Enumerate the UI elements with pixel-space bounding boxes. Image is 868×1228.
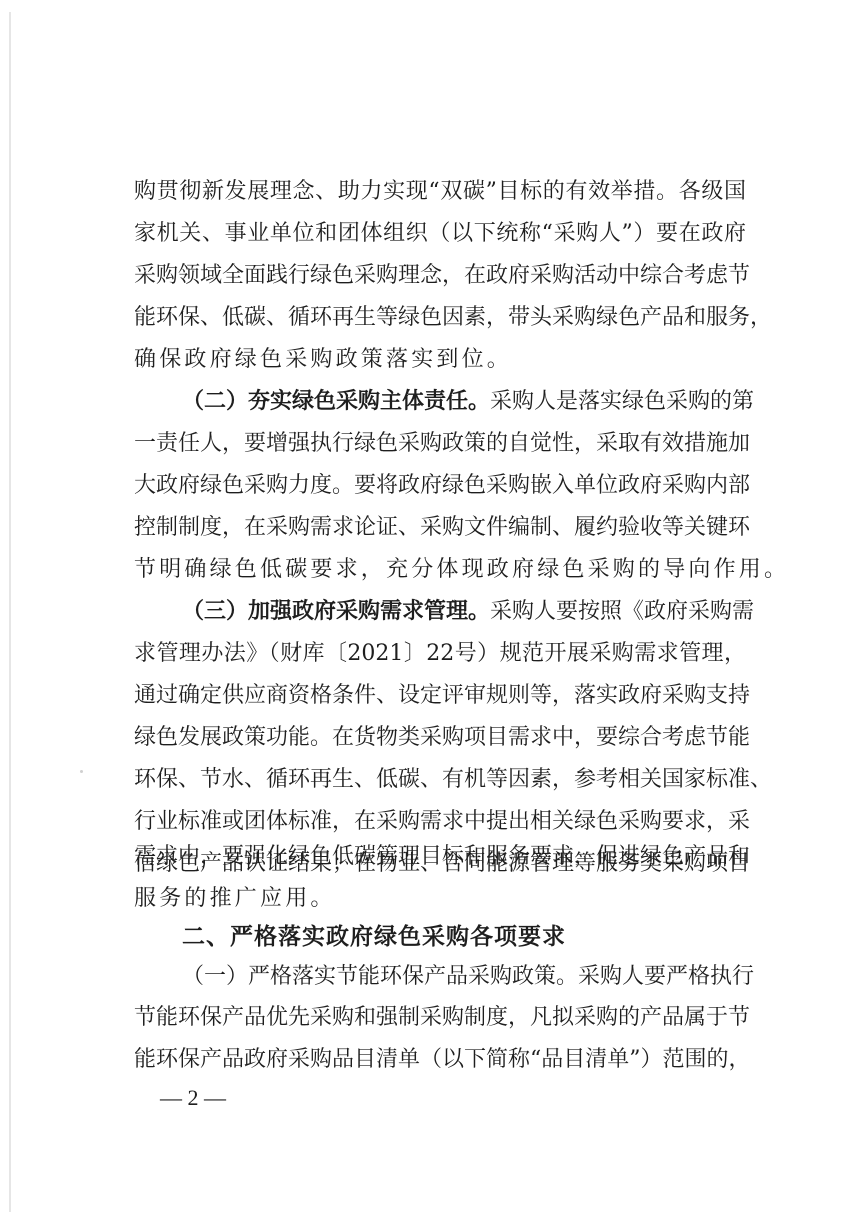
page-number: — 2 — bbox=[160, 1084, 226, 1112]
section-lead-4: （一）严格落实节能环保产品采购政策。 bbox=[182, 964, 578, 989]
section-heading: 二、严格落实政府绿色采购各项要求 bbox=[182, 923, 746, 951]
paragraph-first-line: （一）严格落实节能环保产品采购政策。采购人要严格执行 bbox=[182, 963, 746, 991]
text-line: 能环保、低碳、循环再生等绿色因素，带头采购绿色产品和服务， bbox=[134, 304, 746, 332]
text-line: 采购领域全面践行绿色采购理念，在政府采购活动中综合考虑节 bbox=[134, 262, 746, 290]
section-lead-2: （二）夯实绿色采购主体责任。 bbox=[182, 389, 490, 414]
text-line: 大政府绿色采购力度。要将政府绿色采购嵌入单位政府采购内部 bbox=[134, 472, 746, 500]
text-line: 购贯彻新发展理念、助力实现“双碳”目标的有效举措。各级国 bbox=[134, 178, 746, 206]
first-line-rest: 采购人要严格执行 bbox=[578, 964, 754, 989]
paragraph-first-line: （二）夯实绿色采购主体责任。采购人是落实绿色采购的第 bbox=[182, 388, 746, 416]
text-line: 能环保产品政府采购品目清单（以下简称“品目清单”）范围的， bbox=[134, 1046, 746, 1074]
text-line: 控制制度，在采购需求论证、采购文件编制、履约验收等关键环 bbox=[134, 514, 746, 542]
text-line: 求管理办法》（财库〔2021〕22号）规范开展采购需求管理， bbox=[134, 640, 746, 668]
text-line: 家机关、事业单位和团体组织（以下统称“采购人”）要在政府 bbox=[134, 220, 746, 248]
paragraph-first-line: （三）加强政府采购需求管理。采购人要按照《政府采购需 bbox=[182, 598, 746, 626]
text-line: 绿色发展政策功能。在货物类采购项目需求中，要综合考虑节能 bbox=[134, 724, 746, 752]
text-line: 节明确绿色低碳要求，充分体现政府绿色采购的导向作用。 bbox=[134, 556, 746, 584]
text-line: 服务的推广应用。 bbox=[134, 885, 746, 913]
text-line: 确保政府绿色采购政策落实到位。 bbox=[134, 346, 746, 374]
first-line-rest: 采购人要按照《政府采购需 bbox=[490, 599, 754, 624]
text-line: 通过确定供应商资格条件、设定评审规则等，落实政府采购支持 bbox=[134, 682, 746, 710]
text-line: 行业标准或团体标准，在采购需求中提出相关绿色采购要求，采 bbox=[134, 808, 746, 836]
text-line: 一责任人，要增强执行绿色采购政策的自觉性，采取有效措施加 bbox=[134, 430, 746, 458]
first-line-rest: 采购人是落实绿色采购的第 bbox=[490, 389, 754, 414]
section-lead-3: （三）加强政府采购需求管理。 bbox=[182, 599, 490, 624]
text-line: 节能环保产品优先采购和强制采购制度，凡拟采购的产品属于节 bbox=[134, 1004, 746, 1032]
scan-speck bbox=[80, 770, 83, 773]
scan-edge-line bbox=[9, 12, 11, 1212]
text-line: 需求中，要强化绿色低碳管理目标和服务要求，促进绿色产品和 bbox=[134, 843, 746, 871]
text-line: 环保、节水、循环再生、低碳、有机等因素，参考相关国家标准、 bbox=[134, 766, 746, 794]
